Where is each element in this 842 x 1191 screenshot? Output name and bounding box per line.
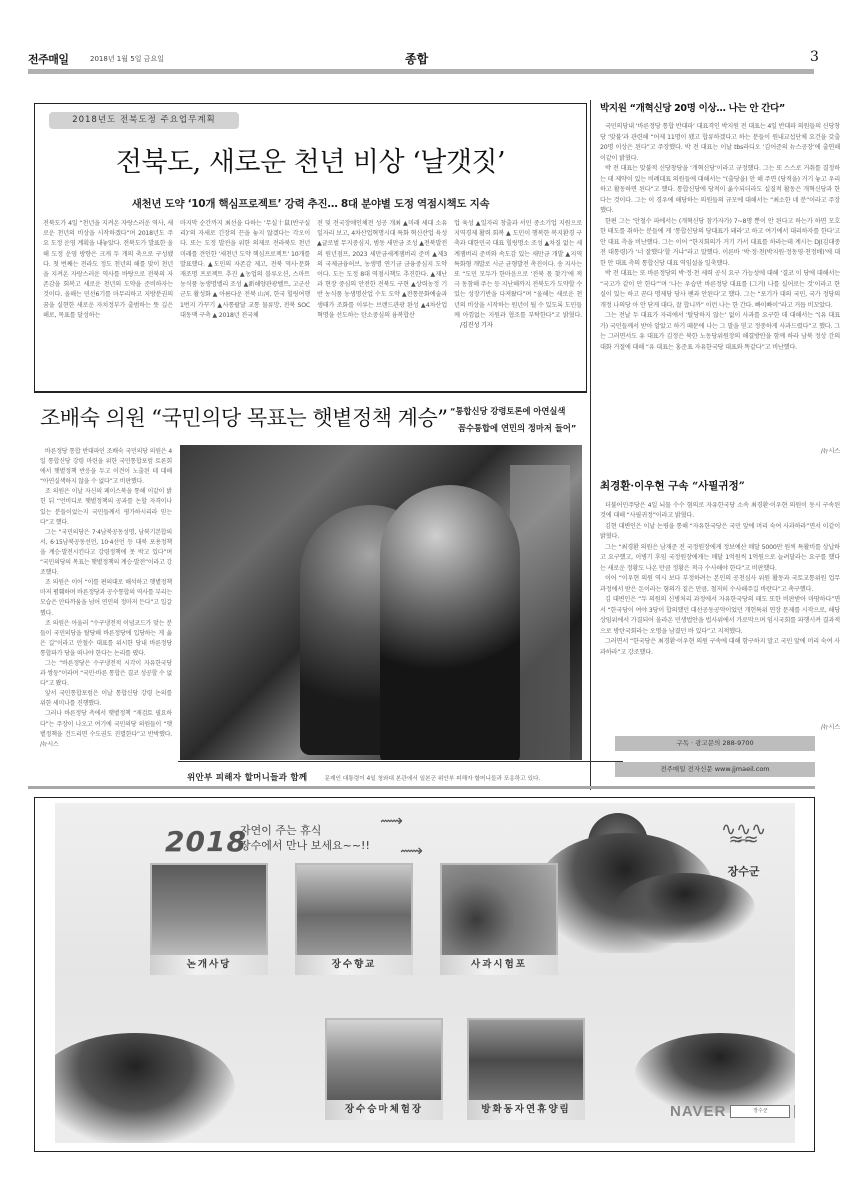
- right-article-2-body: 더불어민주당은 4일 뇌물 수수 혐의로 자유한국당 소속 최경환·이우현 의원…: [600, 501, 840, 723]
- top-article-byline: /김진성 기자: [460, 322, 493, 329]
- paragraph: 바른정당 통합 반대파인 조배숙 국민의당 의원은 4일 통합신당 강령 마련을…: [40, 447, 172, 487]
- ad-tagline-line-2: 장수에서 만나 보세요~~!!: [240, 838, 370, 853]
- caption-title: 위안부 피해자 할머니들과 함께: [187, 773, 307, 783]
- paper-name: 전주매일: [28, 51, 69, 67]
- paragraph: 이어 “이우현 의원 역시 보다 부정하려는 본인의 공천심사 위원 활동과 국…: [600, 574, 840, 595]
- subscription-info-bar: 구독 · 광고문의 288-9700: [615, 736, 815, 751]
- crane-bird-icon: ⟿: [400, 841, 423, 860]
- naver-search-widget: NAVER 장수군 검색: [670, 1103, 795, 1120]
- advertisement[interactable]: 2018 자연이 주는 휴식 장수에서 만나 보세요~~!! ⟿ ⟿ ∿∿∿≈≈…: [34, 797, 815, 1152]
- paragraph: 조 의원은 아울러 “수구냉전적 이념코드가 맞는 분들이 국민의당을 탈당해 …: [40, 619, 172, 659]
- right-article-2-headline: 최경환·이우현 구속 “사필귀정”: [600, 478, 840, 493]
- page-number: 3: [810, 49, 819, 65]
- right-article-2-byline: /뉴시스: [600, 723, 840, 734]
- naver-logo: NAVER: [670, 1103, 726, 1120]
- jangsu-county-logo: ∿∿∿≈≈⌒ 장수군: [721, 825, 766, 879]
- top-article-col-2: 마지막 순간까지 최선을 다하는 ‘무실十鼠(반구실리)’의 자세로 긴장의 끈…: [180, 219, 310, 379]
- ad-tile-photo-jangsu-hyanggyo: [295, 863, 413, 958]
- paragraph: 박 전 대표는 맞불적 신당창당을 ‘개혁신당’이라고 규정했다. 그는 또 스…: [600, 164, 840, 217]
- second-article-headline: 조배숙 의원 “국민의당 목표는 햇볕정책 계승”: [40, 402, 448, 432]
- ad-tile-photo-horse-riding: [325, 1018, 443, 1103]
- naver-search-button[interactable]: 검색: [794, 1105, 795, 1118]
- top-article-col-4-text: 업 육성 ▲일자리 창출과 서민 중소기업 지원으로 지역경제 활력 회복 ▲ …: [454, 220, 582, 319]
- wave-mountain-emblem-icon: ∿∿∿≈≈⌒: [721, 825, 766, 855]
- right-article-1-byline: /뉴시스: [600, 447, 840, 458]
- second-article-byline: /뉴시스: [40, 741, 59, 748]
- paragraph: 국민의당내 ‘바른정당 통합 반대파’ 대표격인 박지원 전 대표는 4일 반대…: [600, 122, 840, 164]
- crane-bird-icon: ⟿: [380, 811, 403, 830]
- paragraph: 더불어민주당은 4일 뇌물 수수 혐의로 자유한국당 소속 최경환·이우현 의원…: [600, 501, 840, 522]
- website-link-bar[interactable]: 전주매일 전자신문 www.jjmaeil.com: [615, 762, 815, 777]
- ad-tile-photo-nongae-shrine: [150, 863, 268, 958]
- second-article-body: 바른정당 통합 반대파인 조배숙 국민의당 의원은 4일 통합신당 강령 마련을…: [40, 447, 172, 782]
- paragraph: 조 의원은 이어 “이를 편의대로 해석하고 햇볕정책마저 폄훼하며 바른정당과…: [40, 578, 172, 618]
- section-title: 종합: [405, 50, 428, 67]
- ad-tile-label: 장수향교: [295, 955, 413, 975]
- section-rule: [28, 786, 815, 789]
- top-article-box: 2018년도 전북도정 주요업무계획 전북도, 새로운 천년 비상 ‘날갯짓’ …: [34, 103, 587, 393]
- ad-tile-photo-banghwadong-forest: [467, 1018, 585, 1103]
- paragraph: 한편 그는 ‘안철수 파에서는 (개혁신당 참가자가) 7~8명 뿐이 안 된다…: [600, 217, 840, 270]
- ad-tagline: 자연이 주는 휴식 장수에서 만나 보세요~~!!: [240, 823, 370, 853]
- ink-mountain-illustration: [55, 1033, 235, 1143]
- paragraph: 그는 “국민의당은 7·4남북공동성명, 남북기본합의서, 6·15남북공동선언…: [40, 528, 172, 578]
- paragraph: 그는 “바른정당은 수구냉전적 시각이 자유한국당과 쌍둥”이라며 “국민·바른…: [40, 659, 172, 689]
- paragraph: 박 전 대표는 또 바른정당의 박·정·천 세력 공식 요구 가능성에 대해 ‘…: [600, 269, 840, 311]
- paragraph: 그러나 바른정당 측에서 햇볕정책 “재검토 필요하다”는 주장이 나오고 여기…: [40, 709, 172, 749]
- paragraph: 그러면서 “한국당은 최경환·이우현 의원 구속에 대해 함구하지 말고 국민 …: [600, 637, 840, 658]
- paragraph: 그는 전날 두 대표가 자리에서 ‘탈당하지 않는’ 없이 사과를 요구한 데 …: [600, 311, 840, 353]
- pull-quote-line-1: “통합신당 강령토론에 아연실색: [450, 403, 620, 420]
- paragraph: 앞서 국민통합포럼은 이날 통합신당 강령 논의를 위한 세미나를 진행했다.: [40, 689, 172, 709]
- ad-tile-label: 장수승마체험장: [325, 1100, 443, 1120]
- logo-text: 장수군: [721, 863, 766, 879]
- news-photo: [180, 445, 582, 760]
- ad-tile-label: 방화동자연휴양림: [467, 1100, 585, 1120]
- pull-quote-line-2: 꼼수통합에 연민의 정마저 들어”: [450, 420, 620, 437]
- paragraph: 조 의원은 이날 자신의 페이스북을 통해 이같이 밝힌 뒤 “언비디로 햇볕정…: [40, 487, 172, 527]
- caption-rule: [178, 761, 623, 762]
- top-article-col-1: 전북도가 4일 “천년을 지켜온 자랑스러운 역사, 새로운 천년의 비상을 시…: [43, 219, 173, 379]
- photo-figure-president: [380, 485, 520, 760]
- issue-date: 2018년 1월 5일 금요일: [90, 54, 164, 64]
- ad-tile-label: 논개사당: [150, 955, 268, 975]
- ad-year: 2018: [165, 825, 247, 858]
- top-subheadline: 새천년 도약 ‘10개 핵심프로젝트’ 강력 추진… 8대 분야별 도정 역점시…: [35, 196, 586, 211]
- caption-text: 문재인 대통령이 4일 청와대 본관에서 일본군 위안부 피해자 할머니들과 포…: [325, 776, 541, 782]
- paragraph: 김 대변인은 “두 의원의 신병처리 과정에서 자유한국당의 태도 또한 비판받…: [600, 595, 840, 637]
- kicker-label: 2018년도 전북도정 주요업무계획: [49, 112, 239, 129]
- paragraph: 김현 대변인은 이날 논평을 통해 “자유한국당은 국민 앞에 머리 숙여 사과…: [600, 522, 840, 543]
- top-article-col-4: 업 육성 ▲일자리 창출과 서민 중소기업 지원으로 지역경제 활력 회복 ▲ …: [454, 219, 582, 379]
- right-column: 박지원 “개혁신당 20명 이상… 나는 안 간다” 국민의당내 ‘바른정당 통…: [600, 100, 840, 733]
- ad-tile-photo-apple-orchard: [440, 863, 558, 958]
- right-article-1-headline: 박지원 “개혁신당 20명 이상… 나는 안 간다”: [600, 100, 840, 114]
- photo-caption: 위안부 피해자 할머니들과 함께 문재인 대통령이 4일 청와대 본관에서 일본…: [187, 765, 607, 780]
- ink-mountain-illustration: [615, 873, 755, 943]
- ink-mountain-illustration: [635, 1033, 795, 1113]
- paragraph-text: 그러나 바른정당 측에서 햇볕정책 “재검토 필요하다”는 주장이 나오고 여기…: [40, 710, 172, 737]
- top-article-col-3: 전 및 전국장애인체전 성공 개최 ▲미래 세대 소유 일자리 보고, 4차산업…: [317, 219, 447, 379]
- paragraph: 그는 “최경환 의원은 남재준 전 국정원장에게 정보예산 매달 5000만 원…: [600, 543, 840, 575]
- ad-tile-label: 사과시험포: [440, 955, 558, 975]
- naver-search-input[interactable]: 장수군: [730, 1105, 790, 1118]
- right-article-1-body: 국민의당내 ‘바른정당 통합 반대파’ 대표격인 박지원 전 대표는 4일 반대…: [600, 122, 840, 447]
- top-headline: 전북도, 새로운 천년 비상 ‘날갯짓’: [35, 140, 586, 179]
- pull-quote: “통합신당 강령토론에 아연실색 꼼수통합에 연민의 정마저 들어”: [450, 403, 620, 437]
- column-divider: [590, 100, 591, 790]
- ad-background: 2018 자연이 주는 휴식 장수에서 만나 보세요~~!! ⟿ ⟿ ∿∿∿≈≈…: [55, 803, 795, 1143]
- ad-tagline-line-1: 자연이 주는 휴식: [240, 823, 370, 838]
- header-rule: [28, 69, 814, 74]
